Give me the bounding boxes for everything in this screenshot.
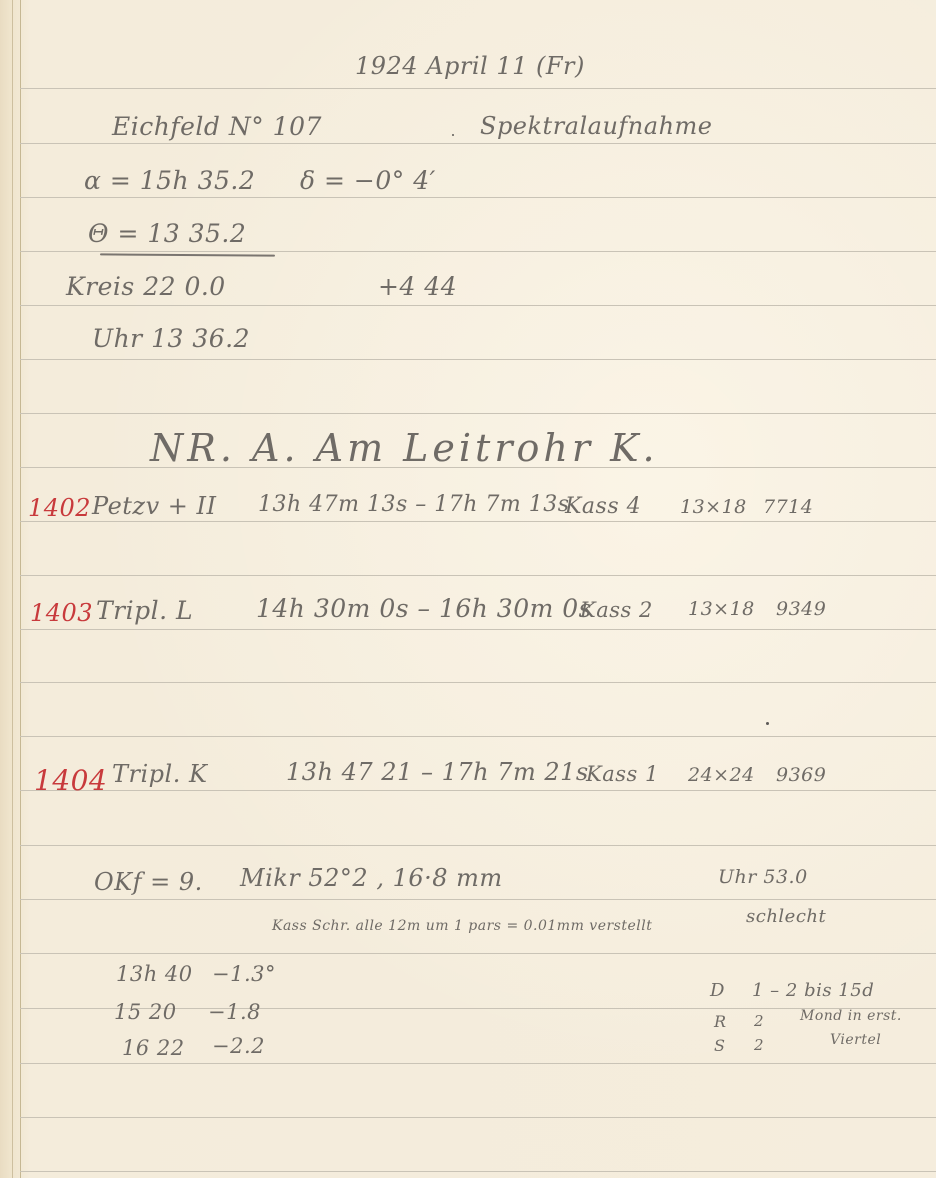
margin-line-outer bbox=[12, 0, 13, 1178]
cassette-screw-note: Kass Schr. alle 12m um 1 pars = 0.01mm v… bbox=[272, 918, 652, 934]
entry-cassette: Kass 4 bbox=[565, 494, 641, 519]
condition-label: R bbox=[714, 1012, 727, 1031]
ruled-line bbox=[20, 790, 936, 791]
entry-time-range: 13h 47 21 – 17h 7m 21s bbox=[286, 758, 589, 786]
uhr-reading: Uhr 13 36.2 bbox=[92, 324, 250, 353]
entry-cassette: Kass 2 bbox=[580, 598, 653, 622]
ruled-line bbox=[20, 845, 936, 846]
condition-value: 1 – 2 bis 15d bbox=[752, 980, 874, 1001]
condition-label: S bbox=[714, 1036, 725, 1055]
ruled-line bbox=[20, 197, 936, 198]
ruled-line bbox=[20, 143, 936, 144]
ruled-line bbox=[20, 575, 936, 576]
entry-number: 1404 bbox=[34, 764, 107, 797]
ruled-line bbox=[20, 413, 936, 414]
entry-plate-size: 13×18 bbox=[680, 496, 747, 518]
observation-purpose: Spektralaufnahme bbox=[480, 112, 712, 140]
kreis-offset: +4 44 bbox=[378, 272, 457, 301]
temp-time: 15 20 bbox=[114, 1000, 177, 1024]
temp-value: −2.2 bbox=[212, 1034, 265, 1058]
moon-note-line1: Mond in erst. bbox=[800, 1008, 902, 1024]
entry-cassette: Kass 1 bbox=[586, 762, 659, 786]
ruled-line bbox=[20, 1117, 936, 1118]
ruled-line bbox=[20, 629, 936, 630]
sidereal-time: Θ = 13 35.2 bbox=[88, 219, 246, 248]
entry-plate-number: 9369 bbox=[776, 764, 826, 786]
entry-plate-number: 7714 bbox=[763, 496, 813, 518]
temp-value: −1.8 bbox=[208, 1000, 261, 1024]
ruled-line bbox=[20, 251, 936, 252]
ruled-line bbox=[20, 1063, 936, 1064]
moon-note-line2: Viertel bbox=[830, 1032, 881, 1048]
margin-line-inner bbox=[20, 0, 21, 1178]
ink-speck bbox=[766, 722, 769, 725]
condition-value: 2 bbox=[754, 1036, 764, 1054]
temp-value: −1.3° bbox=[212, 962, 276, 986]
ink-speck bbox=[452, 134, 454, 136]
ruled-line bbox=[20, 305, 936, 306]
entry-number: 1403 bbox=[30, 599, 93, 627]
ruled-line bbox=[20, 953, 936, 954]
entry-plate-size: 24×24 bbox=[688, 764, 755, 786]
entry-plate-number: 9349 bbox=[776, 598, 826, 620]
ruled-line bbox=[20, 521, 936, 522]
condition-label: D bbox=[710, 980, 725, 1001]
ruled-line bbox=[20, 682, 936, 683]
ruled-line bbox=[20, 1171, 936, 1172]
entry-instrument: Petzv + II bbox=[92, 492, 216, 520]
object-name: Eichfeld N° 107 bbox=[112, 112, 322, 141]
ocular-focus-note: OKf = 9. bbox=[94, 868, 203, 896]
ruled-line bbox=[20, 88, 936, 89]
declination: δ = −0° 4′ bbox=[300, 166, 436, 195]
quality-note: schlecht bbox=[746, 906, 826, 927]
entry-plate-size: 13×18 bbox=[688, 598, 755, 620]
entry-time-range: 13h 47m 13s – 17h 7m 13s bbox=[258, 492, 570, 517]
page-date: 1924 April 11 (Fr) bbox=[355, 52, 585, 80]
ruled-line bbox=[20, 736, 936, 737]
entry-number: 1402 bbox=[28, 494, 91, 522]
notebook-page: 1924 April 11 (Fr) Eichfeld N° 107 Spekt… bbox=[0, 0, 936, 1178]
entry-time-range: 14h 30m 0s – 16h 30m 0s bbox=[256, 594, 592, 623]
uhr-right-note: Uhr 53.0 bbox=[718, 866, 808, 888]
entry-instrument: Tripl. K bbox=[112, 760, 207, 788]
condition-value: 2 bbox=[754, 1012, 764, 1030]
entry-instrument: Tripl. L bbox=[96, 596, 193, 625]
ruled-line bbox=[20, 359, 936, 360]
ruled-line bbox=[20, 899, 936, 900]
micrometer-note: Mikr 52°2 , 16·8 mm bbox=[240, 864, 503, 892]
temp-time: 16 22 bbox=[122, 1036, 185, 1060]
theta-underline bbox=[100, 253, 275, 256]
temp-time: 13h 40 bbox=[116, 962, 193, 986]
right-ascension: α = 15h 35.2 bbox=[84, 166, 255, 195]
kreis-reading: Kreis 22 0.0 bbox=[66, 272, 226, 301]
section-heading: NR. A. Am Leitrohr K. bbox=[150, 426, 659, 470]
